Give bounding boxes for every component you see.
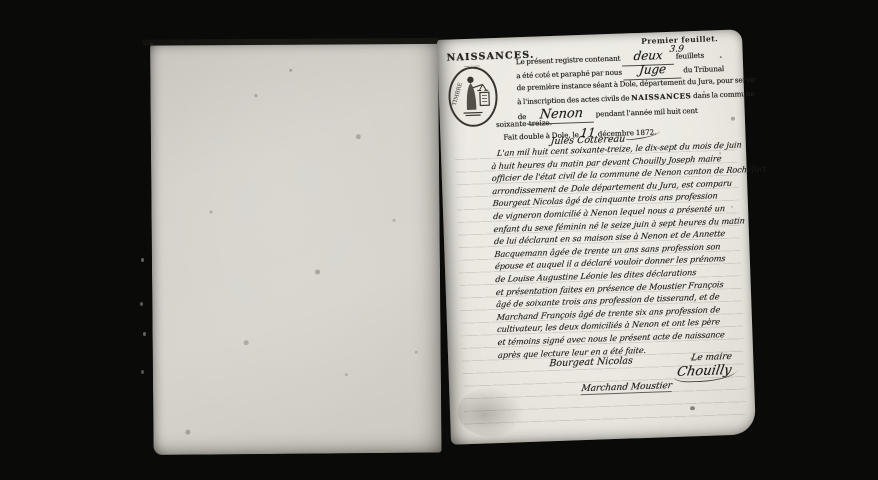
birth-act-text: L'an mil huit cent soixante-treize, le d… <box>491 138 773 362</box>
signature-declarant: Bourgeat Nicolas <box>549 355 633 369</box>
printed-text: pendant l'année mil huit cent <box>595 104 698 122</box>
left-blank-page <box>150 40 442 454</box>
register-header-form: Le présent registre contenant deux feuil… <box>516 45 754 123</box>
signature-mayor: Chouilly <box>673 363 739 383</box>
stamp-text: TIMBRE <box>452 82 464 106</box>
ink-spot <box>690 406 695 410</box>
scanned-register-page: Premier feuillet. 3.9 NAISSANCES. —·— TI… <box>0 0 878 480</box>
printed-text: dans la commune <box>693 87 755 103</box>
right-register-page: Premier feuillet. 3.9 NAISSANCES. —·— TI… <box>437 29 756 444</box>
signature-mayor-title: Le maire <box>691 352 733 363</box>
ink-stain <box>457 385 525 437</box>
revenue-stamp-icon: TIMBRE <box>445 64 501 130</box>
paper-stains <box>150 43 153 46</box>
signature-witnesses: Marchand Moustier <box>581 381 673 395</box>
hw-judge: Juge <box>638 62 666 77</box>
hw-sheet-count: deux <box>633 48 663 63</box>
page-edge-fragments <box>141 258 144 262</box>
